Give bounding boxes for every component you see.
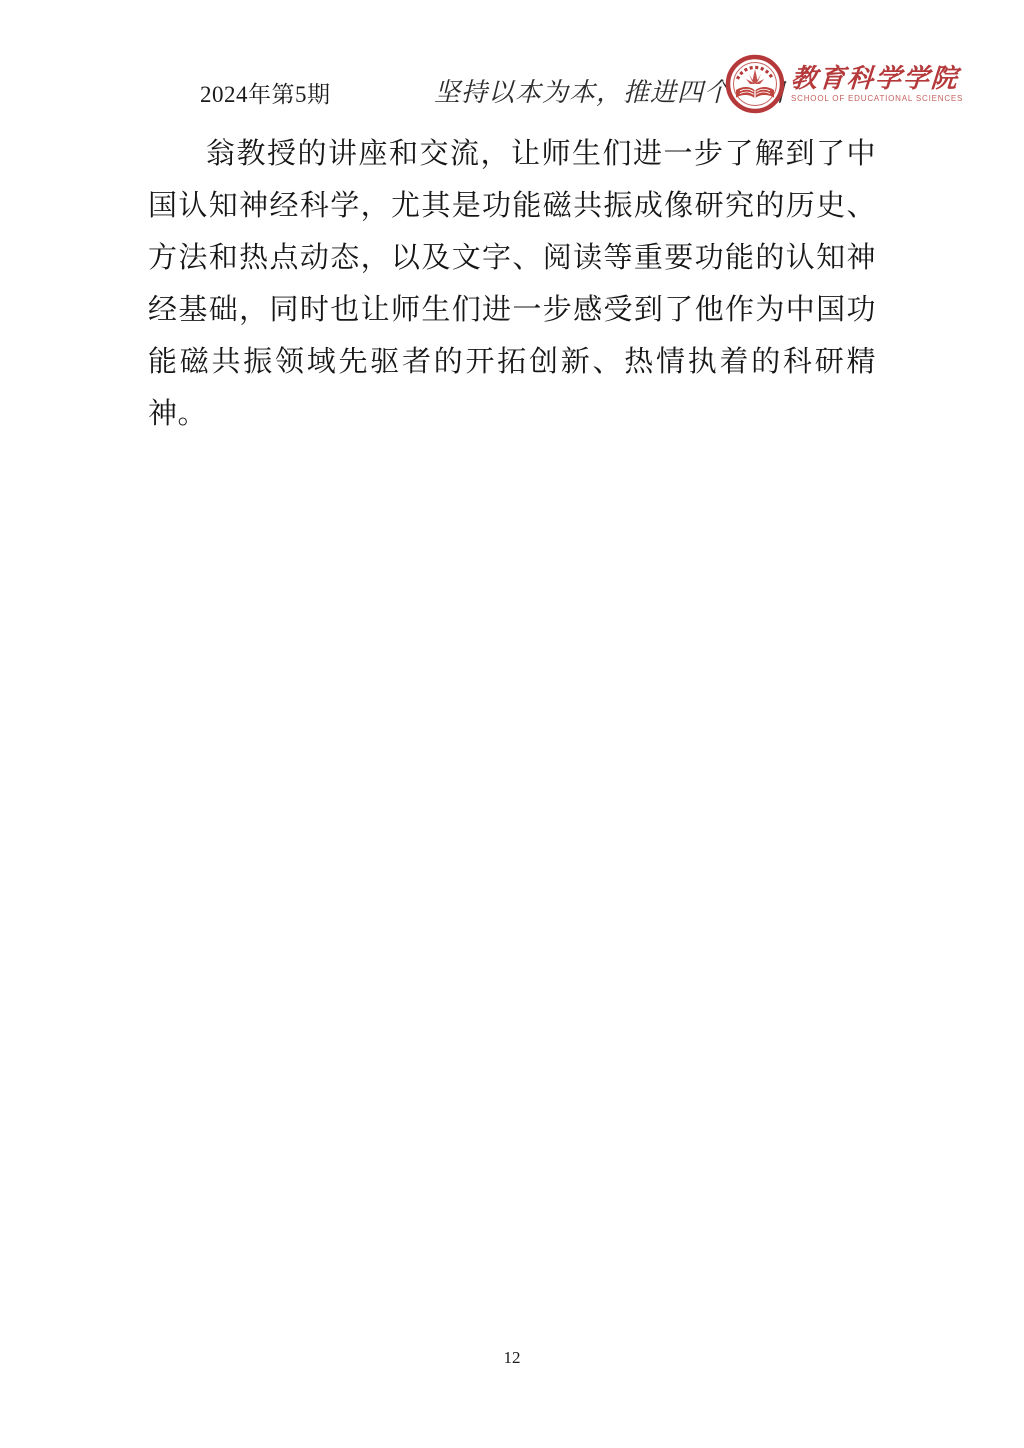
document-body: 翁教授的讲座和交流，让师生们进一步了解到了中国认知神经科学，尤其是功能磁共振成像… [148,128,876,440]
body-paragraph: 翁教授的讲座和交流，让师生们进一步了解到了中国认知神经科学，尤其是功能磁共振成像… [148,128,876,440]
page-number: 12 [504,1348,521,1367]
school-seal-icon [725,54,785,114]
issue-label: 2024年第5期 [200,76,331,109]
page-footer: 12 [0,1348,1024,1368]
school-logo: 教育科学学院 SCHOOL OF EDUCATIONAL SCIENCES [725,54,963,114]
document-page: 2024年第5期 坚持以本为本，推进四个回归 [0,0,1024,1448]
school-name-cn: 教育科学学院 [790,65,964,92]
page-header: 2024年第5期 坚持以本为本，推进四个回归 [0,0,1024,125]
school-name-en: SCHOOL OF EDUCATIONAL SCIENCES [791,94,963,103]
school-logo-text: 教育科学学院 SCHOOL OF EDUCATIONAL SCIENCES [791,65,963,103]
